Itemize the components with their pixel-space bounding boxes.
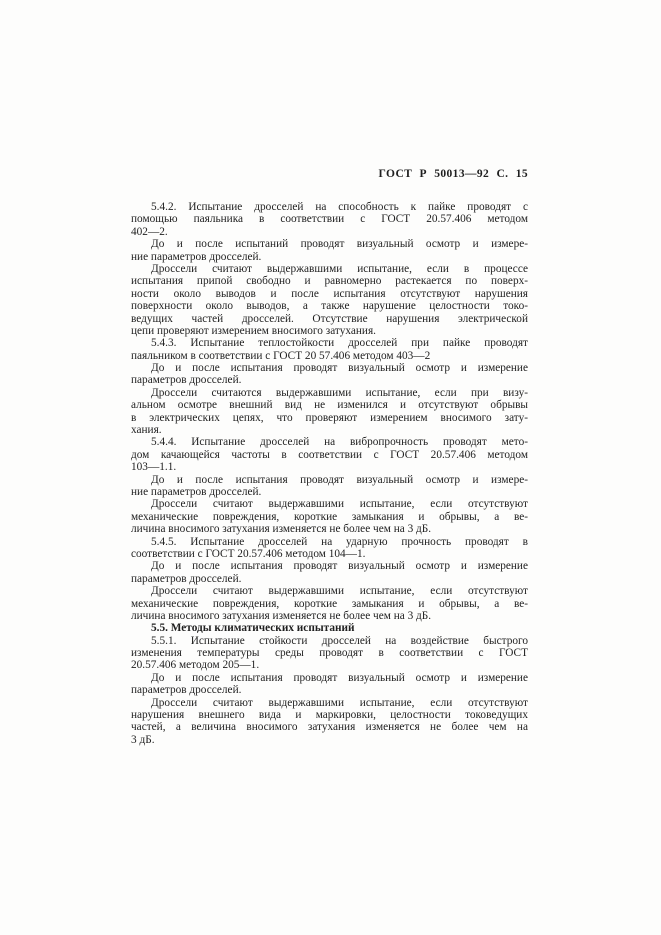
text-line: 402—2. [131, 226, 528, 238]
paragraph: До и после испытания проводят визуальный… [131, 672, 528, 697]
text-line: частей, а величина вносимого затухания и… [131, 721, 528, 733]
document-page: ГОСТ Р 50013—92 С. 15 5.4.2. Испытание д… [0, 0, 661, 935]
text-line: параметров дросселей. [131, 684, 528, 696]
text-line: испытания припой свободно и равномерно р… [131, 275, 528, 287]
text-line: 3 дБ. [131, 734, 528, 746]
text-line: механические повреждения, короткие замык… [131, 598, 528, 610]
text-line: цепи проверяют измерением вносимого зату… [131, 325, 528, 337]
paragraph: До и после испытания проводят визуальный… [131, 560, 528, 585]
paragraph: 5.4.3. Испытание теплостойкости дросселе… [131, 337, 528, 362]
section-heading: 5.5. Методы климатических испытаний [131, 622, 528, 634]
text-line: дом качающейся частоты в соответствии с … [131, 449, 528, 461]
paragraph: 5.4.2. Испытание дросселей на способност… [131, 201, 528, 238]
paragraph: Дроссели считаются выдержавшими испытани… [131, 387, 528, 437]
text-line: механические повреждения, короткие замык… [131, 511, 528, 523]
page-header: ГОСТ Р 50013—92 С. 15 [131, 168, 528, 180]
text-line: личина вносимого затухания изменяется не… [131, 523, 528, 535]
paragraph: Дроссели считают выдержавшими испытание,… [131, 263, 528, 337]
text-line: в электрических цепях, что проверяют изм… [131, 412, 528, 424]
text-line: параметров дросселей. [131, 573, 528, 585]
paragraph: До и после испытаний проводят визуальный… [131, 238, 528, 263]
text-line: 20.57.406 методом 205—1. [131, 659, 528, 671]
paragraph: Дроссели считают выдержавшими испытание,… [131, 697, 528, 747]
text-line: До и после испытания проводят визуальный… [131, 362, 528, 374]
text-line: Дроссели считаются выдержавшими испытани… [131, 387, 528, 399]
paragraph: Дроссели считают выдержавшими испытание,… [131, 498, 528, 535]
text-line: ние параметров дросселей. [131, 486, 528, 498]
text-line: 103—1.1. [131, 461, 528, 473]
text-line: ности около выводов и после испытания от… [131, 288, 528, 300]
text-line: 5.5. Методы климатических испытаний [131, 622, 528, 634]
text-line: хания. [131, 424, 528, 436]
text-line: 5.4.5. Испытание дросселей на ударную пр… [131, 536, 528, 548]
text-line: соответствии с ГОСТ 20.57.406 методом 10… [131, 548, 528, 560]
text-line: 5.4.4. Испытание дросселей на вибропрочн… [131, 436, 528, 448]
paragraph: 5.4.4. Испытание дросселей на вибропрочн… [131, 436, 528, 473]
text-line: 5.5.1. Испытание стойкости дросселей на … [131, 635, 528, 647]
text-line: 5.4.2. Испытание дросселей на способност… [131, 201, 528, 213]
text-line: До и после испытания проводят визуальный… [131, 560, 528, 572]
text-line: нарушения внешнего вида и маркировки, це… [131, 709, 528, 721]
paragraph: До и после испытания проводят визуальный… [131, 362, 528, 387]
text-line: паяльником в соответствии с ГОСТ 20 57.4… [131, 350, 528, 362]
text-line: ние параметров дросселей. [131, 251, 528, 263]
paragraph: До и после испытания проводят визуальный… [131, 474, 528, 499]
text-line: Дроссели считают выдержавшими испытание,… [131, 263, 528, 275]
document-body: 5.4.2. Испытание дросселей на способност… [131, 201, 528, 746]
text-line: До и после испытания проводят визуальный… [131, 474, 528, 486]
text-line: личина вносимого затухания изменяется не… [131, 610, 528, 622]
text-line: Дроссели считают выдержавшими испытание,… [131, 585, 528, 597]
text-line: До и после испытаний проводят визуальный… [131, 238, 528, 250]
text-line: До и после испытания проводят визуальный… [131, 672, 528, 684]
text-line: Дроссели считают выдержавшими испытание,… [131, 697, 528, 709]
text-line: помощью паяльника в соответствии с ГОСТ … [131, 213, 528, 225]
text-line: 5.4.3. Испытание теплостойкости дросселе… [131, 337, 528, 349]
text-line: ведущих частей дросселей. Отсутствие нар… [131, 313, 528, 325]
text-line: альном осмотре внешний вид не изменился … [131, 399, 528, 411]
paragraph: Дроссели считают выдержавшими испытание,… [131, 585, 528, 622]
paragraph: 5.5.1. Испытание стойкости дросселей на … [131, 635, 528, 672]
text-line: параметров дросселей. [131, 374, 528, 386]
text-line: изменения температуры среды проводят в с… [131, 647, 528, 659]
text-line: Дроссели считают выдержавшими испытание,… [131, 498, 528, 510]
paragraph: 5.4.5. Испытание дросселей на ударную пр… [131, 536, 528, 561]
text-line: поверхности около выводов, а также наруш… [131, 300, 528, 312]
